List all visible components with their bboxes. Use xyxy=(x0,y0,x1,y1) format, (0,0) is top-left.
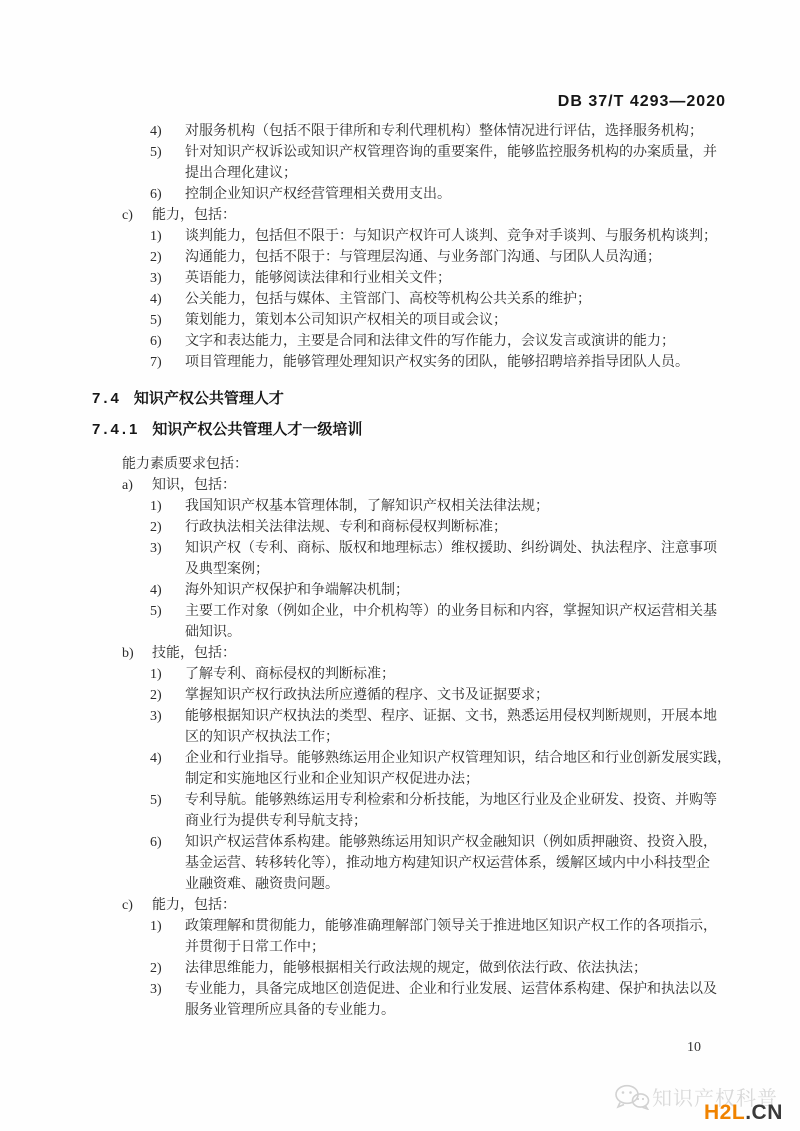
list-item: 1) 谈判能力，包括但不限于：与知识产权许可人谈判、竞争对手谈判、与服务机构谈判… xyxy=(150,226,762,247)
item-number: 4) xyxy=(150,748,185,790)
list-item: 3) 能够根据知识产权执法的类型、程序、证据、文书，熟悉运用侵权判断规则，开展本… xyxy=(150,706,762,748)
item-text: 政策理解和贯彻能力，能够准确理解部门领导关于推进地区知识产权工作的各项指示， 并… xyxy=(185,916,762,958)
list-item: 1) 了解专利、商标侵权的判断标准； xyxy=(150,664,762,685)
letter-item: b) 技能，包括： xyxy=(122,643,762,664)
letter-title: 能力，包括： xyxy=(152,205,762,226)
list-item: 4) 对服务机构（包括不限于律所和专利代理机构）整体情况进行评估，选择服务机构； xyxy=(150,121,762,142)
item-number: 1) xyxy=(150,226,185,247)
item-number: 7) xyxy=(150,352,185,373)
item-number: 3) xyxy=(150,706,185,748)
list-item: 5) 针对知识产权诉讼或知识产权管理咨询的重要案件，能够监控服务机构的办案质量，… xyxy=(150,142,762,184)
item-number: 1) xyxy=(150,664,185,685)
list-item: 3) 专业能力，具备完成地区创造促进、企业和行业发展、运营体系构建、保护和执法以… xyxy=(150,979,762,1021)
section-title: 知识产权公共管理人才一级培训 xyxy=(152,421,362,438)
item-number: 6) xyxy=(150,184,185,205)
section-title: 知识产权公共管理人才 xyxy=(134,390,284,407)
item-number: 3) xyxy=(150,979,185,1021)
list-item: 7) 项目管理能力，能够管理处理知识产权实务的团队，能够招聘培养指导团队人员。 xyxy=(150,352,762,373)
list-item: 6) 知识产权运营体系构建。能够熟练运用知识产权金融知识（例如质押融资、投资入股… xyxy=(150,832,762,895)
list-item: 3) 英语能力，能够阅读法律和行业相关文件； xyxy=(150,268,762,289)
item-text: 沟通能力，包括不限于：与管理层沟通、与业务部门沟通、与团队人员沟通； xyxy=(185,247,762,268)
item-number: 4) xyxy=(150,289,185,310)
item-number: 2) xyxy=(150,517,185,538)
page-number: 10 xyxy=(687,1040,701,1056)
list-item: 4) 企业和行业指导。能够熟练运用企业知识产权管理知识，结合地区和行业创新发展实… xyxy=(150,748,762,790)
item-number: 1) xyxy=(150,496,185,517)
list-item: 5) 策划能力，策划本公司知识产权相关的项目或会议； xyxy=(150,310,762,331)
item-text: 掌握知识产权行政执法所应遵循的程序、文书及证据要求； xyxy=(185,685,762,706)
item-number: 4) xyxy=(150,121,185,142)
list-item: 2) 掌握知识产权行政执法所应遵循的程序、文书及证据要求； xyxy=(150,685,762,706)
item-text: 专利导航。能够熟练运用专利检索和分析技能，为地区行业及企业研发、投资、并购等 商… xyxy=(185,790,762,832)
section-heading-74: 7.4知识产权公共管理人才 xyxy=(92,388,762,409)
document-page: DB 37/T 4293—2020 4) 对服务机构（包括不限于律所和专利代理机… xyxy=(0,0,800,1131)
item-number: 1) xyxy=(150,916,185,958)
list-item: 1) 政策理解和贯彻能力，能够准确理解部门领导关于推进地区知识产权工作的各项指示… xyxy=(150,916,762,958)
list-item: 2) 法律思维能力，能够根据相关行政法规的规定，做到依法行政、依法执法； xyxy=(150,958,762,979)
section-heading-741: 7.4.1知识产权公共管理人才一级培训 xyxy=(92,419,762,440)
watermark-site-main: H2L xyxy=(704,1101,745,1124)
item-text: 项目管理能力，能够管理处理知识产权实务的团队，能够招聘培养指导团队人员。 xyxy=(185,352,762,373)
item-text: 行政执法相关法律法规、专利和商标侵权判断标准； xyxy=(185,517,762,538)
item-number: 5) xyxy=(150,601,185,643)
item-number: 2) xyxy=(150,247,185,268)
item-number: 2) xyxy=(150,958,185,979)
list-item: 1) 我国知识产权基本管理体制，了解知识产权相关法律法规； xyxy=(150,496,762,517)
item-text: 知识产权运营体系构建。能够熟练运用知识产权金融知识（例如质押融资、投资入股， 基… xyxy=(185,832,762,895)
intro-paragraph: 能力素质要求包括： xyxy=(122,454,762,475)
letter-item: c) 能力，包括： xyxy=(122,895,762,916)
letter-label: b) xyxy=(122,643,152,664)
item-number: 4) xyxy=(150,580,185,601)
item-number: 5) xyxy=(150,310,185,331)
item-text: 针对知识产权诉讼或知识产权管理咨询的重要案件，能够监控服务机构的办案质量，并 提… xyxy=(185,142,762,184)
watermark-site-suffix: .CN xyxy=(745,1101,783,1124)
list-item: 5) 专利导航。能够熟练运用专利检索和分析技能，为地区行业及企业研发、投资、并购… xyxy=(150,790,762,832)
list-item: 2) 行政执法相关法律法规、专利和商标侵权判断标准； xyxy=(150,517,762,538)
item-text: 企业和行业指导。能够熟练运用企业知识产权管理知识，结合地区和行业创新发展实践， … xyxy=(185,748,762,790)
letter-item: a) 知识，包括： xyxy=(122,475,762,496)
item-number: 6) xyxy=(150,832,185,895)
wechat-icon xyxy=(614,1084,650,1115)
document-body: 4) 对服务机构（包括不限于律所和专利代理机构）整体情况进行评估，选择服务机构；… xyxy=(0,0,800,1021)
item-text: 策划能力，策划本公司知识产权相关的项目或会议； xyxy=(185,310,762,331)
letter-label: c) xyxy=(122,205,152,226)
item-text: 了解专利、商标侵权的判断标准； xyxy=(185,664,762,685)
list-item: 3) 知识产权（专利、商标、版权和地理标志）维权援助、纠纷调处、执法程序、注意事… xyxy=(150,538,762,580)
item-number: 6) xyxy=(150,331,185,352)
list-item: 4) 海外知识产权保护和争端解决机制； xyxy=(150,580,762,601)
item-text: 海外知识产权保护和争端解决机制； xyxy=(185,580,762,601)
letter-title: 能力，包括： xyxy=(152,895,762,916)
item-number: 3) xyxy=(150,538,185,580)
list-item: 6) 文字和表达能力，主要是合同和法律文件的写作能力，会议发言或演讲的能力； xyxy=(150,331,762,352)
item-text: 对服务机构（包括不限于律所和专利代理机构）整体情况进行评估，选择服务机构； xyxy=(185,121,762,142)
item-text: 主要工作对象（例如企业，中介机构等）的业务目标和内容，掌握知识产权运营相关基 础… xyxy=(185,601,762,643)
item-number: 2) xyxy=(150,685,185,706)
list-item: 2) 沟通能力，包括不限于：与管理层沟通、与业务部门沟通、与团队人员沟通； xyxy=(150,247,762,268)
letter-item: c) 能力，包括： xyxy=(122,205,762,226)
item-text: 知识产权（专利、商标、版权和地理标志）维权援助、纠纷调处、执法程序、注意事项 及… xyxy=(185,538,762,580)
section-number: 7.4 xyxy=(92,390,122,407)
letter-label: a) xyxy=(122,475,152,496)
letter-title: 技能，包括： xyxy=(152,643,762,664)
item-text: 能够根据知识产权执法的类型、程序、证据、文书，熟悉运用侵权判断规则，开展本地 区… xyxy=(185,706,762,748)
item-text: 文字和表达能力，主要是合同和法律文件的写作能力，会议发言或演讲的能力； xyxy=(185,331,762,352)
item-text: 谈判能力，包括但不限于：与知识产权许可人谈判、竞争对手谈判、与服务机构谈判； xyxy=(185,226,762,247)
section-number: 7.4.1 xyxy=(92,421,140,438)
item-text: 法律思维能力，能够根据相关行政法规的规定，做到依法行政、依法执法； xyxy=(185,958,762,979)
item-text: 控制企业知识产权经营管理相关费用支出。 xyxy=(185,184,762,205)
letter-title: 知识，包括： xyxy=(152,475,762,496)
item-text: 我国知识产权基本管理体制，了解知识产权相关法律法规； xyxy=(185,496,762,517)
list-item: 6) 控制企业知识产权经营管理相关费用支出。 xyxy=(150,184,762,205)
item-text: 专业能力，具备完成地区创造促进、企业和行业发展、运营体系构建、保护和执法以及 服… xyxy=(185,979,762,1021)
item-text: 公关能力，包括与媒体、主管部门、高校等机构公共关系的维护； xyxy=(185,289,762,310)
list-item: 4) 公关能力，包括与媒体、主管部门、高校等机构公共关系的维护； xyxy=(150,289,762,310)
item-text: 英语能力，能够阅读法律和行业相关文件； xyxy=(185,268,762,289)
list-item: 5) 主要工作对象（例如企业，中介机构等）的业务目标和内容，掌握知识产权运营相关… xyxy=(150,601,762,643)
item-number: 5) xyxy=(150,142,185,184)
item-number: 5) xyxy=(150,790,185,832)
watermark-site-text: H2L.CN xyxy=(704,1101,783,1125)
letter-label: c) xyxy=(122,895,152,916)
watermark: 知识产权科普 H2L.CN xyxy=(612,1082,800,1128)
item-number: 3) xyxy=(150,268,185,289)
